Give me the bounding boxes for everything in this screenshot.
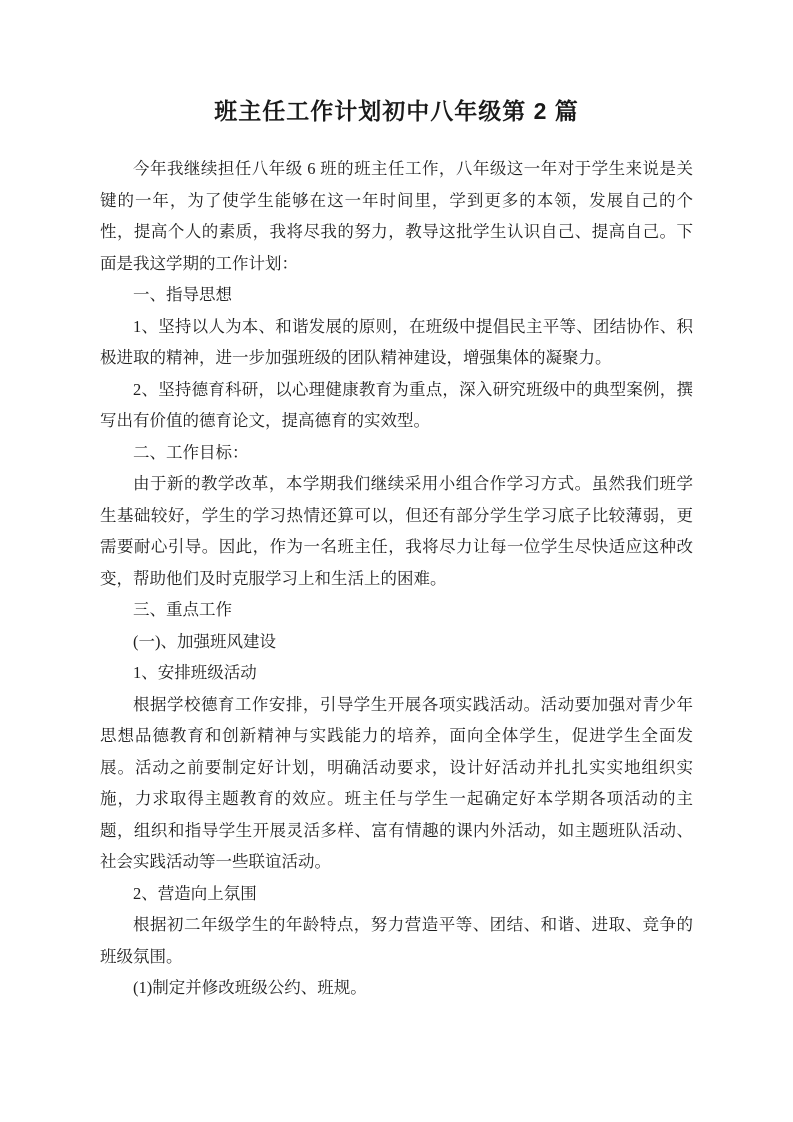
paragraph: 1、坚持以人为本、和谐发展的原则，在班级中提倡民主平等、团结协作、积极进取的精神… <box>100 311 693 374</box>
document-page: 班主任工作计划初中八年级第 2 篇 今年我继续担任八年级 6 班的班主任工作，八… <box>0 0 793 1122</box>
document-title: 班主任工作计划初中八年级第 2 篇 <box>0 0 793 125</box>
paragraph: 根据初二年级学生的年龄特点，努力营造平等、团结、和谐、进取、竞争的班级氛围。 <box>100 909 693 972</box>
paragraph: 由于新的教学改革，本学期我们继续采用小组合作学习方式。虽然我们班学生基础较好，学… <box>100 468 693 594</box>
paragraph: (一)、加强班风建设 <box>100 626 693 658</box>
paragraph: 2、坚持德育科研，以心理健康教育为重点，深入研究班级中的典型案例，撰写出有价值的… <box>100 374 693 437</box>
paragraph: 1、安排班级活动 <box>100 657 693 689</box>
paragraph: 2、营造向上氛围 <box>100 878 693 910</box>
paragraph: 今年我继续担任八年级 6 班的班主任工作，八年级这一年对于学生来说是关键的一年，… <box>100 153 693 279</box>
document-body: 今年我继续担任八年级 6 班的班主任工作，八年级这一年对于学生来说是关键的一年，… <box>100 153 693 1004</box>
paragraph: 一、指导思想 <box>100 279 693 311</box>
paragraph: (1)制定并修改班级公约、班规。 <box>100 972 693 1004</box>
paragraph: 二、工作目标： <box>100 437 693 469</box>
paragraph: 三、重点工作 <box>100 594 693 626</box>
paragraph: 根据学校德育工作安排，引导学生开展各项实践活动。活动要加强对青少年思想品德教育和… <box>100 689 693 878</box>
